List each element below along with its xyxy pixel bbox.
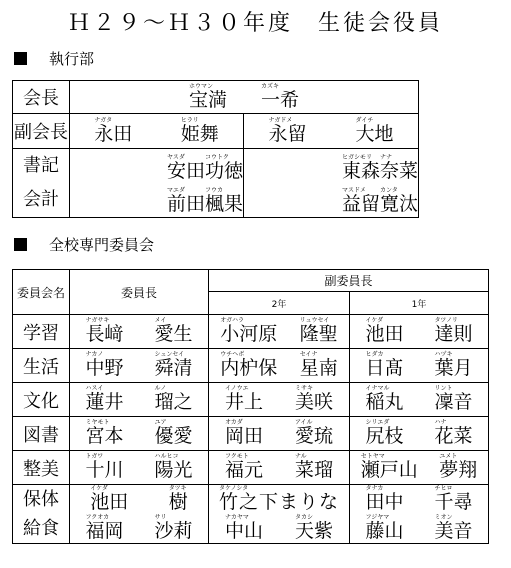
family-name: 小河原オガハラ — [220, 317, 277, 346]
vice-grade1-cell: 田中タナカ千尋チヒロ藤山フジヤマ美音ミオン — [350, 485, 489, 544]
vice-grade1-cell: 尻枝シリエダ花菜ハナ — [350, 417, 489, 451]
chair-cell: 池田イケダ樹タツキ福岡フクオカ沙莉サリ — [70, 485, 209, 544]
vice-grade2-cell: 小河原オガハラ隆聖リュウセイ — [209, 315, 350, 349]
given-name: 大地ダイチ — [355, 117, 393, 146]
given-name: 菜瑠ナル — [295, 453, 333, 482]
role-label-stack: 書記 会計 — [13, 149, 70, 218]
page-title: Ｈ２９～Ｈ３０年度 生徒会役員 — [0, 6, 511, 37]
given-name: 花菜ハナ — [434, 419, 472, 448]
table-row: 保体 給食 池田イケダ樹タツキ福岡フクオカ沙莉サリ 竹之下まりなタケノシタ中山ナ… — [13, 485, 489, 544]
family-name: 尻枝シリエダ — [365, 419, 403, 448]
member-cell: 東森ヒガシモリ 奈菜ナナ 益留マスドメ 寛汰カンタ — [244, 149, 419, 218]
family-name: 池田イケダ — [365, 317, 403, 346]
given-name: 達則タツノリ — [434, 317, 472, 346]
committee-name: 文化 — [13, 383, 70, 417]
square-bullet-icon — [14, 52, 27, 65]
vice-grade1-cell: 稲丸イナマル凜音リント — [350, 383, 489, 417]
vice-grade2-cell: 岡田オカダ愛琉アイル — [209, 417, 350, 451]
chair-cell: 中野ナカノ舜清シュンセイ — [70, 349, 209, 383]
role-label: 会長 — [13, 81, 70, 114]
family-name: 十川トガワ — [85, 453, 123, 482]
committees-table-body: 学習 長﨑ナガサキ愛生メイ 小河原オガハラ隆聖リュウセイ 池田イケダ達則タツノリ… — [12, 314, 489, 544]
section-heading-label: 全校専門委員会 — [49, 234, 154, 255]
family-name: 田中タナカ — [365, 485, 403, 514]
member-cell: 宝満ホウマン 一希カズキ — [70, 81, 419, 114]
family-name: 安田ヤスダ — [167, 154, 205, 183]
square-bullet-icon — [14, 238, 27, 251]
given-name: 優愛ユア — [154, 419, 192, 448]
given-name: 奈菜ナナ — [380, 154, 418, 183]
member-cell: 永田ナガタ 姫舞ヒラリ — [70, 114, 244, 149]
committees-table: 委員会名 委員長 副委員長 2年 1年 — [12, 269, 489, 315]
given-name: 愛生メイ — [154, 317, 192, 346]
table-row: 書記 会計 安田ヤスダ 功徳コウトク 前田マエダ 楓果フウカ 東森ヒガシモリ 奈… — [13, 149, 419, 218]
given-name: 美音ミオン — [434, 514, 472, 543]
vice-grade1-cell: 池田イケダ達則タツノリ — [350, 315, 489, 349]
vice-grade2-cell: 福元フクモト菜瑠ナル — [209, 451, 350, 485]
family-name: 蓮井ハスイ — [85, 385, 123, 414]
chair-cell: 蓮井ハスイ瑠之ルノ — [70, 383, 209, 417]
given-name: 凜音リント — [434, 385, 472, 414]
committee-name: 整美 — [13, 451, 70, 485]
vice-grade1-cell: 瀬戸山セトヤマ夢翔ユメト — [350, 451, 489, 485]
committee-name: 給食 — [13, 514, 69, 543]
given-name: 功徳コウトク — [205, 154, 243, 183]
role-label: 書記 — [13, 149, 69, 183]
vice-grade2-cell: 竹之下まりなタケノシタ中山ナカヤマ天紫タカシ — [209, 485, 350, 544]
family-name: 内枦保ウチヘボ — [220, 351, 277, 380]
column-header-committee: 委員会名 — [13, 270, 70, 315]
column-header-grade2: 2年 — [209, 292, 350, 315]
given-name: 陽光ハルヒコ — [154, 453, 192, 482]
family-name: 永田ナガタ — [94, 117, 132, 146]
executive-table: 会長 宝満ホウマン 一希カズキ 副会長 永田ナガタ 姫舞ヒラリ 永留ナガドメ 大… — [12, 80, 419, 218]
family-name: 藤山フジヤマ — [365, 514, 403, 543]
family-name: 宝満ホウマン — [189, 83, 227, 112]
family-name: 岡田オカダ — [225, 419, 263, 448]
given-name: 隆聖リュウセイ — [300, 317, 338, 346]
given-name: 千尋チヒロ — [434, 485, 472, 514]
given-name: 夢翔ユメト — [439, 453, 477, 482]
member-cell: 永留ナガドメ 大地ダイチ — [244, 114, 419, 149]
given-name: 沙莉サリ — [154, 514, 192, 543]
vice-grade1-cell: 日髙ヒダカ葉月ハヅキ — [350, 349, 489, 383]
table-row: 文化 蓮井ハスイ瑠之ルノ 井上イノウエ美咲ミサキ 稲丸イナマル凜音リント — [13, 383, 489, 417]
family-name: 永留ナガドメ — [268, 117, 306, 146]
family-name: 池田イケダ — [90, 485, 128, 514]
section-heading-committees: 全校専門委員会 — [14, 234, 154, 255]
given-name: 瑠之ルノ — [154, 385, 192, 414]
chair-cell: 長﨑ナガサキ愛生メイ — [70, 315, 209, 349]
table-row: 会長 宝満ホウマン 一希カズキ — [13, 81, 419, 114]
committee-name: 生活 — [13, 349, 70, 383]
family-name: 前田マエダ — [167, 187, 205, 216]
committee-name: 学習 — [13, 315, 70, 349]
column-header-vice: 副委員長 — [209, 270, 489, 292]
committee-name-stack: 保体 給食 — [13, 485, 70, 544]
full-name: 竹之下まりなタケノシタ — [219, 485, 339, 514]
table-row: 学習 長﨑ナガサキ愛生メイ 小河原オガハラ隆聖リュウセイ 池田イケダ達則タツノリ — [13, 315, 489, 349]
given-name: 舜清シュンセイ — [154, 351, 192, 380]
family-name: 福岡フクオカ — [85, 514, 123, 543]
committee-name: 保体 — [13, 485, 69, 514]
family-name: 井上イノウエ — [225, 385, 263, 414]
family-name: 東森ヒガシモリ — [342, 154, 380, 183]
family-name: 稲丸イナマル — [365, 385, 403, 414]
given-name: 美咲ミサキ — [295, 385, 333, 414]
family-name: 瀬戸山セトヤマ — [361, 453, 418, 482]
given-name: 寛汰カンタ — [380, 187, 418, 216]
member-cell: 安田ヤスダ 功徳コウトク 前田マエダ 楓果フウカ — [70, 149, 244, 218]
given-name: 葉月ハヅキ — [434, 351, 472, 380]
table-row: 副会長 永田ナガタ 姫舞ヒラリ 永留ナガドメ 大地ダイチ — [13, 114, 419, 149]
given-name: 一希カズキ — [261, 83, 299, 112]
column-header-grade1: 1年 — [350, 292, 489, 315]
given-name: 天紫タカシ — [295, 514, 333, 543]
given-name: 姫舞ヒラリ — [181, 117, 219, 146]
table-row: 生活 中野ナカノ舜清シュンセイ 内枦保ウチヘボ星南セイナ 日髙ヒダカ葉月ハヅキ — [13, 349, 489, 383]
header-row: 委員会名 委員長 副委員長 — [13, 270, 489, 292]
committee-name: 図書 — [13, 417, 70, 451]
family-name: 長﨑ナガサキ — [85, 317, 123, 346]
table-row: 整美 十川トガワ陽光ハルヒコ 福元フクモト菜瑠ナル 瀬戸山セトヤマ夢翔ユメト — [13, 451, 489, 485]
chair-cell: 十川トガワ陽光ハルヒコ — [70, 451, 209, 485]
given-name: 楓果フウカ — [205, 187, 243, 216]
chair-cell: 宮本ミヤモト優愛ユア — [70, 417, 209, 451]
family-name: 福元フクモト — [225, 453, 263, 482]
table-row: 図書 宮本ミヤモト優愛ユア 岡田オカダ愛琉アイル 尻枝シリエダ花菜ハナ — [13, 417, 489, 451]
vice-grade2-cell: 内枦保ウチヘボ星南セイナ — [209, 349, 350, 383]
given-name: 星南セイナ — [300, 351, 338, 380]
column-header-chair: 委員長 — [70, 270, 209, 315]
family-name: 中山ナカヤマ — [225, 514, 263, 543]
family-name: 宮本ミヤモト — [85, 419, 123, 448]
family-name: 益留マスドメ — [342, 187, 380, 216]
family-name: 中野ナカノ — [85, 351, 123, 380]
given-name: 愛琉アイル — [295, 419, 333, 448]
family-name: 日髙ヒダカ — [365, 351, 403, 380]
role-label: 副会長 — [13, 114, 70, 149]
given-name: 樹タツキ — [169, 485, 188, 514]
vice-grade2-cell: 井上イノウエ美咲ミサキ — [209, 383, 350, 417]
role-label: 会計 — [13, 183, 69, 217]
section-heading-executive: 執行部 — [14, 48, 94, 69]
section-heading-label: 執行部 — [49, 48, 94, 69]
